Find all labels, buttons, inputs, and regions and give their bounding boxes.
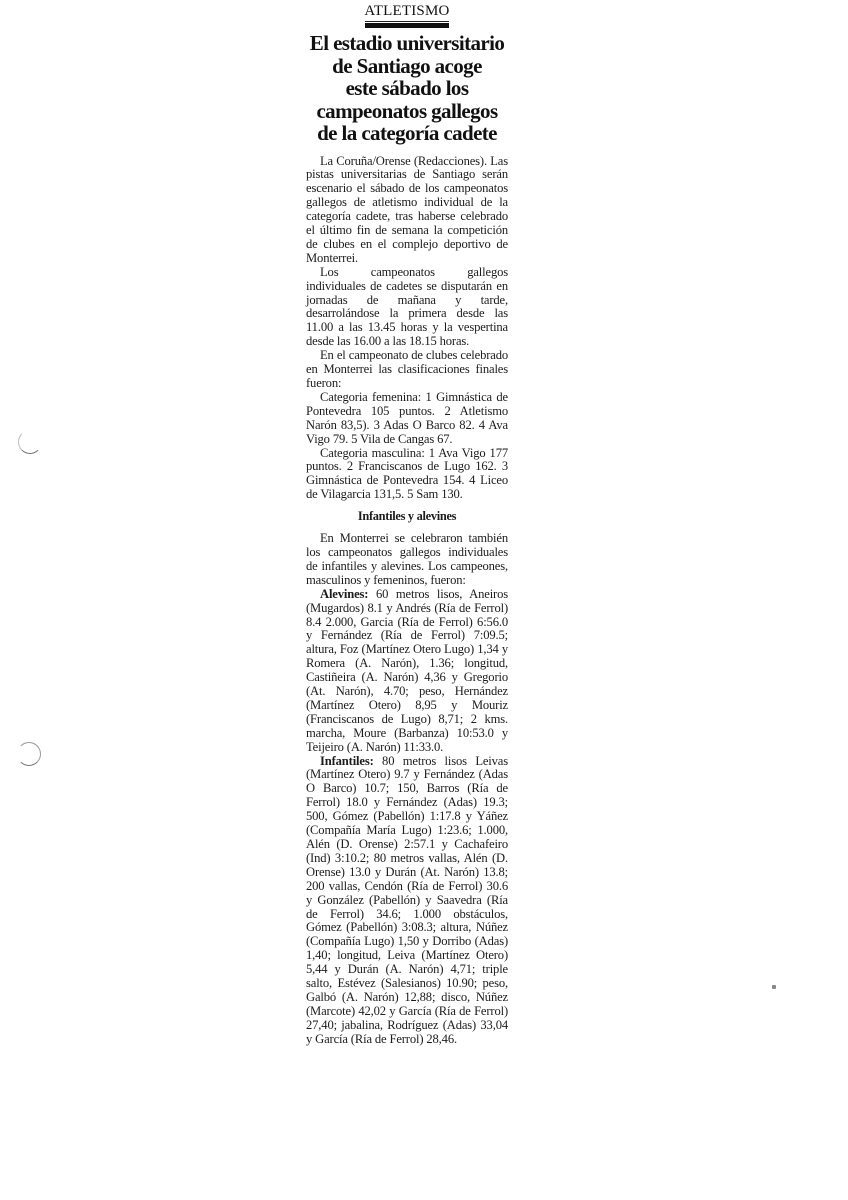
results-paragraph: Alevines: 60 metros lisos, Aneiros (Muga… [306,588,508,755]
results-paragraph: Infantiles: 80 metros lisos Leivas (Mart… [306,755,508,1047]
newspaper-article: ATLETISMO El estadio universitario de Sa… [306,0,508,1047]
paragraph: Categoria masculina: 1 Ava Vigo 177 punt… [306,447,508,503]
headline-line: de Santiago acoge [306,55,508,78]
section-rule [365,21,449,22]
section-label: ATLETISMO [362,3,451,20]
article-body: La Coruña/Orense (Redacciones). Las pist… [306,155,508,1047]
results-text: 80 metros lisos Leivas (Martínez Otero) … [306,754,508,1046]
results-label: Alevines: [320,587,368,601]
paragraph: En Monterrei se celebraron también los c… [306,532,508,588]
subheading: Infantiles y alevines [306,510,508,524]
paragraph: Categoria femenina: 1 Gimnástica de Pont… [306,391,508,447]
punch-hole-mark [17,742,41,766]
paragraph: Los campeonatos gallegos individuales de… [306,266,508,349]
punch-hole-mark [18,430,42,454]
scan-speck [772,985,776,989]
headline: El estadio universitario de Santiago aco… [306,32,508,145]
headline-line: de la categoría cadete [306,122,508,145]
paragraph: La Coruña/Orense (Redacciones). Las pist… [306,155,508,266]
headline-line: este sábado los [306,77,508,100]
section-header: ATLETISMO [306,2,508,28]
results-label: Infantiles: [320,754,374,768]
paragraph: En el campeonato de clubes celebrado en … [306,349,508,391]
results-text: 60 metros lisos, Aneiros (Mugardos) 8.1 … [306,587,508,754]
headline-line: El estadio universitario [306,32,508,55]
section-rule [365,23,449,28]
headline-line: campeonatos gallegos [306,100,508,123]
